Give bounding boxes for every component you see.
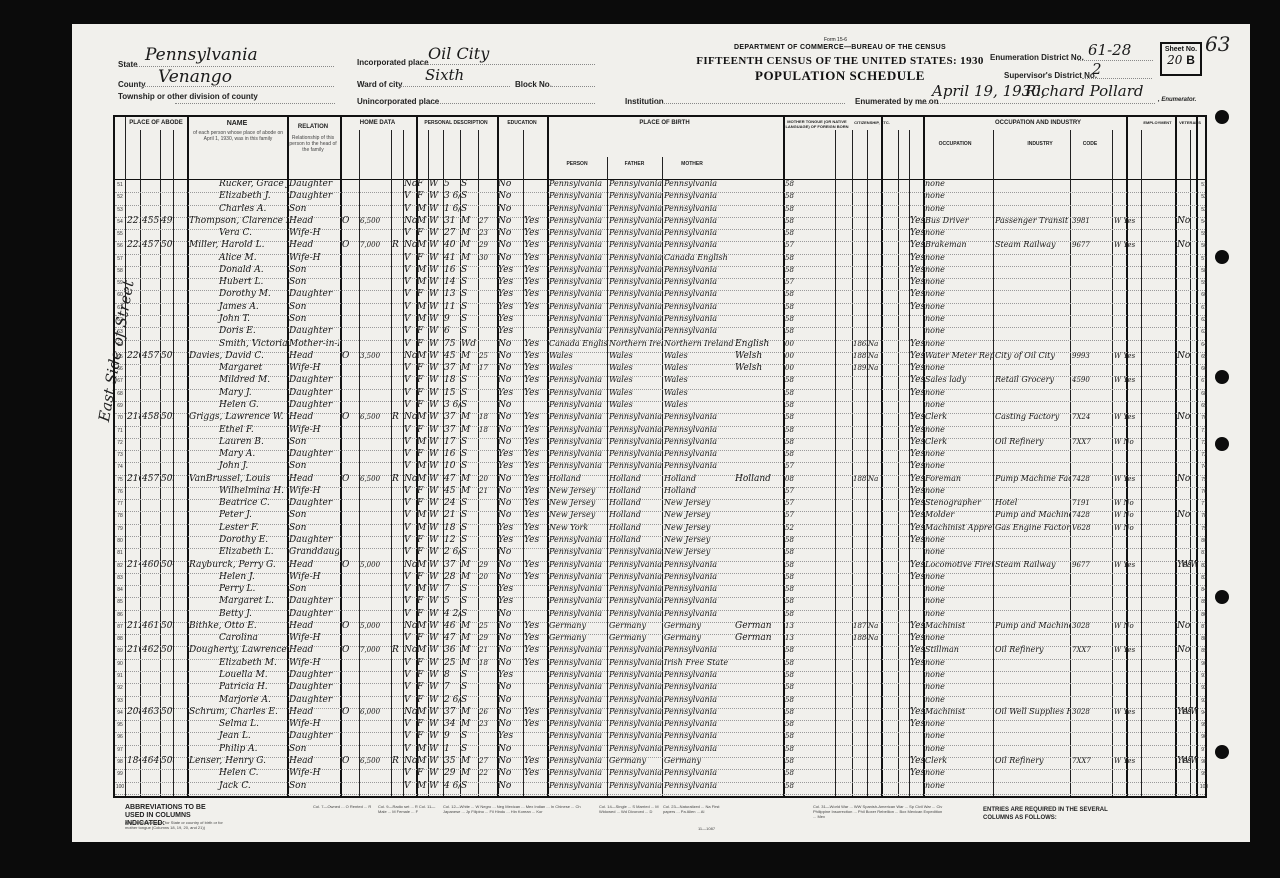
cell-industry: Oil Refinery xyxy=(995,755,1070,767)
cell-farm: No xyxy=(404,215,416,227)
cell-dwelling: 212 xyxy=(127,620,141,632)
cell-age-marriage: 21 xyxy=(479,485,497,497)
cell-farm: V xyxy=(404,362,416,374)
cell-english: Yes xyxy=(910,301,923,313)
cell-occupation: none xyxy=(925,632,993,644)
cell-pob-father: Wales xyxy=(609,374,662,386)
line-number: 69 xyxy=(1199,401,1209,412)
cell-pob: Canada English xyxy=(549,338,607,350)
cell-age: 3 6/12 xyxy=(444,399,460,411)
cell-pob-mother: Holland xyxy=(664,485,734,497)
cell-age: 6 xyxy=(444,325,460,337)
line-number: 66 xyxy=(115,364,125,375)
cell-occupation: none xyxy=(925,264,993,276)
cell-name: Donald A. xyxy=(189,264,287,276)
cell-pob: Pennsylvania xyxy=(549,448,607,460)
cell-value: 3,500 xyxy=(360,350,390,362)
cell-value: 6,500 xyxy=(360,215,390,227)
cell-race: W xyxy=(429,448,443,460)
cell-at-work: W Yes xyxy=(1114,215,1154,227)
cell-dwelling: 184 xyxy=(127,755,141,767)
cell-pob-father: Northern Ireland xyxy=(609,338,662,350)
cell-pob-mother: New Jersey xyxy=(664,546,734,558)
cell-marital: M xyxy=(461,485,478,497)
cell-literate: Yes xyxy=(524,252,547,264)
cell-value: 6,000 xyxy=(360,706,390,718)
cell-pob-mother: Pennsylvania xyxy=(664,288,734,300)
cell-english: Yes xyxy=(910,338,923,350)
cell-pob-mother: Pennsylvania xyxy=(664,203,734,215)
cell-age: 31 xyxy=(444,215,460,227)
cell-race: W xyxy=(429,362,443,374)
cell-at-work: W No xyxy=(1114,497,1154,509)
cell-name: Lenser, Henry G. xyxy=(189,755,287,767)
cell-age-marriage: 18 xyxy=(479,424,497,436)
cell-code-a: 58 xyxy=(785,571,803,583)
cell-pob: Pennsylvania xyxy=(549,203,607,215)
population-schedule-table: PLACE OF ABODE NAME of each person whose… xyxy=(113,115,1207,798)
cell-occupation: Machinist Apprentice xyxy=(925,522,993,534)
cell-farm: V xyxy=(404,608,416,620)
cell-race: W xyxy=(429,424,443,436)
cell-school: No xyxy=(498,743,522,755)
line-number: 99 xyxy=(115,769,125,780)
cell-name: Bithke, Otto E. xyxy=(189,620,287,632)
cell-age: 8 xyxy=(444,669,460,681)
cell-value: 7,000 xyxy=(360,644,390,656)
cell-occ-code: 3981 xyxy=(1072,215,1112,227)
cell-natur: Na xyxy=(868,362,881,374)
table-row: 100100Jack C.SonVMW4 6/12SNoPennsylvania… xyxy=(115,782,1205,795)
enumerator-line xyxy=(920,103,1155,104)
supervisor-district-value: 2 xyxy=(1092,60,1102,78)
line-number: 93 xyxy=(1199,696,1209,707)
cell-natur: Na xyxy=(868,620,881,632)
cell-relation: Daughter xyxy=(289,608,339,620)
cell-age-marriage: 22 xyxy=(479,767,497,779)
line-number: 100 xyxy=(1199,782,1209,793)
cell-occ-code: 7X24 xyxy=(1072,411,1112,423)
cell-marital: S xyxy=(461,608,478,620)
cell-pob-mother: Pennsylvania xyxy=(664,767,734,779)
cell-marital: S xyxy=(461,681,478,693)
cell-sex: F xyxy=(417,497,428,509)
cell-family: 506 xyxy=(161,644,174,656)
line-number: 73 xyxy=(1199,450,1209,461)
cell-marital: M xyxy=(461,411,478,423)
cell-value: 5,000 xyxy=(360,620,390,632)
cell-occ-code: 7191 xyxy=(1072,497,1112,509)
cell-school: No xyxy=(498,681,522,693)
cell-family: 500 xyxy=(161,239,174,251)
cell-sex: F xyxy=(417,288,428,300)
cell-marital: M xyxy=(461,571,478,583)
cell-natur: Na xyxy=(868,473,881,485)
cell-name: Wilhelmina H. xyxy=(189,485,287,497)
institution-label: Institution xyxy=(625,97,664,106)
cell-pob-mother: Pennsylvania xyxy=(664,730,734,742)
cell-farm: V xyxy=(404,694,416,706)
line-number: 62 xyxy=(1199,315,1209,326)
cell-farm: V xyxy=(404,301,416,313)
cell-school: Yes xyxy=(498,325,522,337)
cell-age: 4 6/12 xyxy=(444,780,460,792)
cell-occupation: none xyxy=(925,460,993,472)
cell-english: Yes xyxy=(910,387,923,399)
cell-sex: F xyxy=(417,399,428,411)
cell-pob: New Jersey xyxy=(549,497,607,509)
cell-occupation: none xyxy=(925,227,993,239)
cell-pob-father: Pennsylvania xyxy=(609,681,662,693)
line-number: 61 xyxy=(1199,303,1209,314)
cell-value: 6,500 xyxy=(360,473,390,485)
cell-occ-code: V628 xyxy=(1072,522,1112,534)
county-label: County xyxy=(118,80,146,89)
cell-school: No xyxy=(498,608,522,620)
cell-occupation: none xyxy=(925,178,993,190)
cell-pob: New York xyxy=(549,522,607,534)
county-value: Venango xyxy=(158,67,232,87)
cell-school: No xyxy=(498,424,522,436)
cell-pob-father: Pennsylvania xyxy=(609,718,662,730)
cell-english: Yes xyxy=(910,276,923,288)
cell-relation: Wife-H xyxy=(289,227,339,239)
cell-pob-father: Pennsylvania xyxy=(609,571,662,583)
cell-age: 11 xyxy=(444,301,460,313)
line-number: 95 xyxy=(115,720,125,731)
cell-marital: M xyxy=(461,227,478,239)
cell-marital: S xyxy=(461,780,478,792)
cell-english: Yes xyxy=(910,522,923,534)
cell-race: W xyxy=(429,338,443,350)
cell-name: John J. xyxy=(189,460,287,472)
cell-industry: Casting Factory xyxy=(995,411,1070,423)
line-number: 78 xyxy=(1199,511,1209,522)
cell-pob-mother: Wales xyxy=(664,374,734,386)
cell-occupation: Bus Driver xyxy=(925,215,993,227)
cell-sex: M xyxy=(417,411,428,423)
cell-marital: M xyxy=(461,632,478,644)
cell-literate: Yes xyxy=(524,264,547,276)
cell-pob-father: Holland xyxy=(609,509,662,521)
cell-school: No xyxy=(498,694,522,706)
cell-marital: M xyxy=(461,350,478,362)
cell-code-a: 58 xyxy=(785,264,803,276)
cell-pob: Germany xyxy=(549,620,607,632)
cell-school: Yes xyxy=(498,595,522,607)
abbrev-col14: Col. 14—Single ... S Married ... M Widow… xyxy=(599,804,659,814)
cell-pob-mother: New Jersey xyxy=(664,522,734,534)
cell-name: Davies, David C. xyxy=(189,350,287,362)
cell-code-a: 58 xyxy=(785,288,803,300)
cell-pob-father: Pennsylvania xyxy=(609,227,662,239)
cell-age: 2 6/12 xyxy=(444,694,460,706)
cell-pob-father: Pennsylvania xyxy=(609,252,662,264)
cell-marital: M xyxy=(461,559,478,571)
cell-industry: Oil Refinery xyxy=(995,436,1070,448)
cell-marital: S xyxy=(461,313,478,325)
cell-code-a: 58 xyxy=(785,399,803,411)
cell-family: 503 xyxy=(161,473,174,485)
line-number: 63 xyxy=(1199,327,1209,338)
cell-farm: No xyxy=(404,755,416,767)
cell-pob: Pennsylvania xyxy=(549,546,607,558)
header-mother-tongue: MOTHER TONGUE (OR NATIVE LANGUAGE) OF FO… xyxy=(783,119,851,129)
cell-farm: V xyxy=(404,522,416,534)
cell-age: 4 2/12 xyxy=(444,608,460,620)
cell-pob-father: Pennsylvania xyxy=(609,215,662,227)
department-title: DEPARTMENT OF COMMERCE—BUREAU OF THE CEN… xyxy=(655,44,1025,51)
cell-marital: S xyxy=(461,325,478,337)
binder-hole xyxy=(1215,110,1229,124)
cell-pob-mother: Pennsylvania xyxy=(664,571,734,583)
abbrev-col31: Col. 31—World War ... WW Spanish-America… xyxy=(813,804,943,819)
cell-farm: V xyxy=(404,288,416,300)
cell-code-a: 58 xyxy=(785,694,803,706)
cell-pob-father: Pennsylvania xyxy=(609,436,662,448)
line-number: 85 xyxy=(1199,597,1209,608)
cell-pob-father: Pennsylvania xyxy=(609,694,662,706)
cell-occupation: Molder xyxy=(925,509,993,521)
cell-code-a: 58 xyxy=(785,644,803,656)
line-number: 75 xyxy=(115,475,125,486)
cell-pob-father: Pennsylvania xyxy=(609,264,662,276)
abbrev-col9-11: Col. 9—Radio set ... R Col. 11—Male ... … xyxy=(378,804,438,814)
cell-farm: V xyxy=(404,313,416,325)
cell-sex: F xyxy=(417,362,428,374)
cell-age: 37 xyxy=(444,411,460,423)
cell-immig: 1899 xyxy=(853,362,867,374)
cell-literate: Yes xyxy=(524,706,547,718)
cell-school: No xyxy=(498,190,522,202)
entries-title: ENTRIES ARE REQUIRED IN THE SEVERAL COLU… xyxy=(983,806,1113,822)
cell-pob-father: Pennsylvania xyxy=(609,706,662,718)
cell-race: W xyxy=(429,485,443,497)
cell-pob-mother: Germany xyxy=(664,620,734,632)
cell-literate: Yes xyxy=(524,288,547,300)
cell-name: Louella M. xyxy=(189,669,287,681)
line-number: 79 xyxy=(115,524,125,535)
cell-pob-mother: New Jersey xyxy=(664,497,734,509)
cell-lang: German xyxy=(735,620,783,632)
line-number: 59 xyxy=(1199,278,1209,289)
cell-family: 501 xyxy=(161,350,174,362)
cell-english: Yes xyxy=(910,460,923,472)
cell-at-work: W Yes xyxy=(1114,350,1154,362)
cell-occupation: none xyxy=(925,424,993,436)
line-number: 88 xyxy=(115,634,125,645)
cell-tenure: O xyxy=(342,755,358,767)
cell-relation: Son xyxy=(289,264,339,276)
line-number: 60 xyxy=(1199,290,1209,301)
cell-race: W xyxy=(429,669,443,681)
cell-street-no: 455 xyxy=(142,215,160,227)
cell-race: W xyxy=(429,743,443,755)
cell-race: W xyxy=(429,190,443,202)
cell-code-a: 58 xyxy=(785,608,803,620)
header-place-of-abode: PLACE OF ABODE xyxy=(125,120,187,126)
cell-name: Charles A. xyxy=(189,203,287,215)
cell-sex: M xyxy=(417,755,428,767)
cell-occupation: none xyxy=(925,571,993,583)
cell-radio: R xyxy=(392,644,403,656)
cell-farm: No xyxy=(404,706,416,718)
cell-literate: Yes xyxy=(524,620,547,632)
cell-code-a: 13 xyxy=(785,620,803,632)
township-line xyxy=(175,103,335,104)
cell-pob-mother: New Jersey xyxy=(664,534,734,546)
cell-literate: Yes xyxy=(524,362,547,374)
line-number: 52 xyxy=(115,192,125,203)
cell-pob-father: Holland xyxy=(609,473,662,485)
print-number: 11—1087 xyxy=(698,826,715,831)
cell-farm: V xyxy=(404,325,416,337)
cell-pob-father: Holland xyxy=(609,522,662,534)
incorporated-line xyxy=(420,64,595,65)
cell-english: Yes xyxy=(910,644,923,656)
cell-marital: M xyxy=(461,718,478,730)
cell-age: 25 xyxy=(444,657,460,669)
cell-marital: S xyxy=(461,522,478,534)
cell-value: 5,000 xyxy=(360,559,390,571)
cell-pob: Pennsylvania xyxy=(549,755,607,767)
cell-pob: Pennsylvania xyxy=(549,595,607,607)
block-label: Block No. xyxy=(515,80,552,89)
cell-relation: Son xyxy=(289,509,339,521)
cell-relation: Son xyxy=(289,436,339,448)
cell-race: W xyxy=(429,178,443,190)
cell-race: W xyxy=(429,252,443,264)
cell-sex: M xyxy=(417,276,428,288)
cell-school: No xyxy=(498,755,522,767)
cell-occupation: none xyxy=(925,657,993,669)
cell-tenure: O xyxy=(342,215,358,227)
cell-english: Yes xyxy=(910,571,923,583)
cell-pob-father: Pennsylvania xyxy=(609,595,662,607)
cell-race: W xyxy=(429,694,443,706)
cell-school: No xyxy=(498,239,522,251)
cell-marital: S xyxy=(461,595,478,607)
cell-farm: V xyxy=(404,534,416,546)
cell-age: 75 xyxy=(444,338,460,350)
cell-farm: V xyxy=(404,583,416,595)
line-number: 69 xyxy=(115,401,125,412)
cell-code-a: 58 xyxy=(785,301,803,313)
unincorporated-line xyxy=(425,103,595,104)
cell-pob: Pennsylvania xyxy=(549,276,607,288)
cell-race: W xyxy=(429,301,443,313)
line-number: 94 xyxy=(115,708,125,719)
cell-race: W xyxy=(429,534,443,546)
cell-marital: S xyxy=(461,460,478,472)
cell-pob: Pennsylvania xyxy=(549,325,607,337)
cell-age: 10 xyxy=(444,460,460,472)
cell-pob-father: Pennsylvania xyxy=(609,276,662,288)
line-number: 81 xyxy=(115,548,125,559)
cell-sex: F xyxy=(417,424,428,436)
line-number: 91 xyxy=(115,671,125,682)
cell-code-a: 57 xyxy=(785,239,803,251)
cell-age-marriage: 27 xyxy=(479,215,497,227)
cell-english: Yes xyxy=(910,632,923,644)
line-number: 79 xyxy=(1199,524,1209,535)
cell-farm: V xyxy=(404,264,416,276)
cell-literate: Yes xyxy=(524,522,547,534)
cell-race: W xyxy=(429,730,443,742)
abbreviations-footer: ABBREVIATIONS TO BE USED IN COLUMNS INDI… xyxy=(113,800,1207,832)
cell-race: W xyxy=(429,203,443,215)
cell-race: W xyxy=(429,215,443,227)
cell-occupation: none xyxy=(925,313,993,325)
line-number: 68 xyxy=(1199,389,1209,400)
sheet-number: 20 xyxy=(1167,53,1182,67)
cell-at-work: W Yes xyxy=(1114,559,1154,571)
cell-war: WW xyxy=(1181,559,1196,571)
cell-occupation: none xyxy=(925,190,993,202)
cell-pob-mother: Pennsylvania xyxy=(664,190,734,202)
line-number: 99 xyxy=(1199,769,1209,780)
cell-industry: Oil Refinery xyxy=(995,644,1070,656)
cell-family: 507 xyxy=(161,706,174,718)
cell-sex: F xyxy=(417,534,428,546)
cell-pob-mother: Pennsylvania xyxy=(664,780,734,792)
cell-code-a: 08 xyxy=(785,473,803,485)
line-number: 83 xyxy=(115,573,125,584)
enumerated-label: Enumerated by me on xyxy=(855,97,939,106)
sd-line xyxy=(1082,78,1152,79)
cell-dwelling: 221 xyxy=(127,215,141,227)
line-number: 89 xyxy=(115,646,125,657)
cell-pob-father: Wales xyxy=(609,362,662,374)
line-number: 86 xyxy=(115,610,125,621)
cell-name: Miller, Harold L. xyxy=(189,239,287,251)
cell-sex: M xyxy=(417,583,428,595)
line-number: 83 xyxy=(1199,573,1209,584)
cell-name: Hubert L. xyxy=(189,276,287,288)
cell-school: Yes xyxy=(498,387,522,399)
cell-school: No xyxy=(498,485,522,497)
cell-pob-father: Holland xyxy=(609,534,662,546)
line-number: 97 xyxy=(1199,745,1209,756)
cell-immig: 1881 xyxy=(853,473,867,485)
cell-race: W xyxy=(429,264,443,276)
cell-english: Yes xyxy=(910,485,923,497)
cell-age: 18 xyxy=(444,522,460,534)
cell-name: Dorothy M. xyxy=(189,288,287,300)
sheet-number-box: Sheet No. 20 B xyxy=(1160,42,1202,76)
cell-school: No xyxy=(498,350,522,362)
cell-name: Thompson, Clarence R. xyxy=(189,215,287,227)
cell-relation: Head xyxy=(289,350,339,362)
line-number: 94 xyxy=(1199,708,1209,719)
cell-age-marriage: 17 xyxy=(479,362,497,374)
line-number: 89 xyxy=(1199,646,1209,657)
cell-age-marriage: 21 xyxy=(479,644,497,656)
cell-relation: Daughter xyxy=(289,681,339,693)
cell-english: Yes xyxy=(910,559,923,571)
cell-age: 7 xyxy=(444,583,460,595)
cell-pob-mother: Pennsylvania xyxy=(664,448,734,460)
cell-school: No xyxy=(498,780,522,792)
cell-natur: Na xyxy=(868,632,881,644)
cell-occupation: none xyxy=(925,681,993,693)
cell-relation: Son xyxy=(289,313,339,325)
cell-school: No xyxy=(498,374,522,386)
cell-code-a: 58 xyxy=(785,203,803,215)
cell-age: 37 xyxy=(444,559,460,571)
cell-age: 28 xyxy=(444,571,460,583)
cell-name: Ethel F. xyxy=(189,424,287,436)
